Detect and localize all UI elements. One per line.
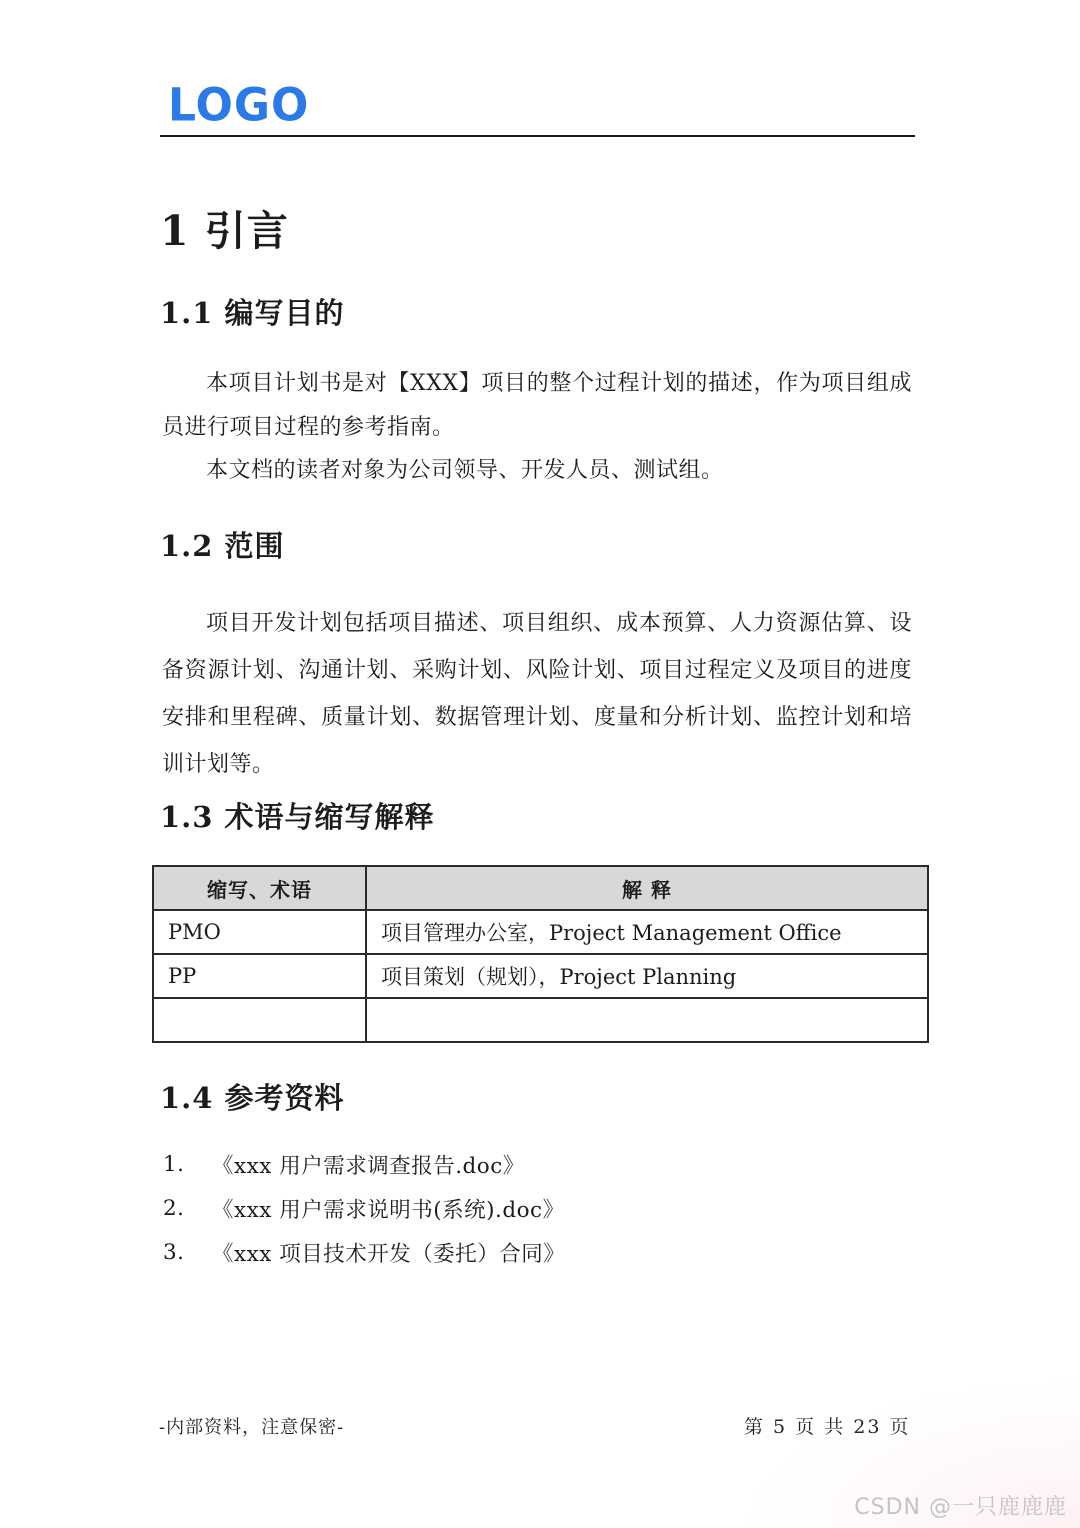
- term-cell: PP: [153, 954, 366, 998]
- list-item-text: 《xxx 用户需求调查报告.doc》: [212, 1149, 525, 1180]
- terms-table: 缩写、术语 解 释 PMO 项目管理办公室，Project Management…: [152, 865, 929, 1043]
- terms-table-header-term: 缩写、术语: [153, 866, 366, 910]
- list-item-number: 2.: [163, 1196, 212, 1221]
- explanation-cell: [366, 998, 928, 1042]
- table-row: PMO 项目管理办公室，Project Management Office: [153, 910, 928, 954]
- section-heading-1: 1 引言: [160, 198, 289, 257]
- company-logo: LOGO: [168, 82, 309, 130]
- document-page: LOGO 1 引言 1.1 编写目的 本项目计划书是对【XXX】项目的整个过程计…: [0, 0, 1080, 1528]
- paragraph-scope: 项目开发计划包括项目描述、项目组织、成本预算、人力资源估算、设备资源计划、沟通计…: [162, 600, 912, 788]
- explanation-cell: 项目策划（规划），Project Planning: [366, 954, 928, 998]
- paragraph-purpose-1: 本项目计划书是对【XXX】项目的整个过程计划的描述，作为项目组成员进行项目过程的…: [162, 362, 912, 450]
- list-item-number: 3.: [163, 1240, 212, 1265]
- terms-table-header-row: 缩写、术语 解 释: [153, 866, 928, 910]
- term-cell: [153, 998, 366, 1042]
- csdn-watermark: CSDN @一只鹿鹿鹿: [854, 1490, 1067, 1521]
- explanation-cell: 项目管理办公室，Project Management Office: [366, 910, 928, 954]
- list-item: 3. 《xxx 项目技术开发（委托）合同》: [163, 1230, 923, 1274]
- paragraph-purpose-2: 本文档的读者对象为公司领导、开发人员、测试组。: [162, 449, 912, 493]
- footer-page-number: 第 5 页 共 23 页: [744, 1412, 910, 1439]
- list-item: 2. 《xxx 用户需求说明书(系统).doc》: [163, 1186, 923, 1230]
- table-row: PP 项目策划（规划），Project Planning: [153, 954, 928, 998]
- list-item-text: 《xxx 用户需求说明书(系统).doc》: [212, 1193, 565, 1224]
- list-item-number: 1.: [163, 1152, 212, 1177]
- section-heading-1-4: 1.4 参考资料: [160, 1076, 345, 1117]
- table-row: [153, 998, 928, 1042]
- term-cell: PMO: [153, 910, 366, 954]
- header-rule: [160, 135, 915, 137]
- terms-table-header-explanation: 解 释: [366, 866, 928, 910]
- footer-confidentiality-note: -内部资料，注意保密-: [159, 1413, 344, 1439]
- list-item: 1. 《xxx 用户需求调查报告.doc》: [163, 1142, 923, 1186]
- section-heading-1-1: 1.1 编写目的: [160, 291, 345, 332]
- section-heading-1-2: 1.2 范围: [160, 524, 285, 565]
- section-heading-1-3: 1.3 术语与缩写解释: [160, 795, 435, 836]
- references-list: 1. 《xxx 用户需求调查报告.doc》 2. 《xxx 用户需求说明书(系统…: [163, 1142, 923, 1274]
- list-item-text: 《xxx 项目技术开发（委托）合同》: [212, 1237, 565, 1268]
